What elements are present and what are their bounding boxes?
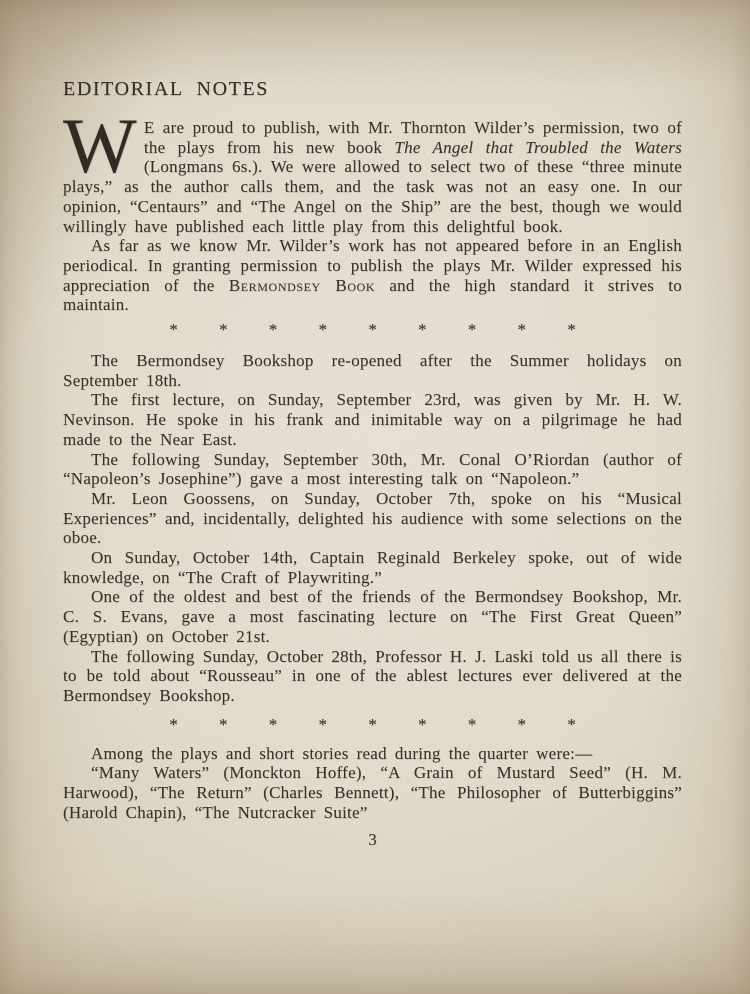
paragraph-plays-intro: Among the plays and short stories read d… bbox=[63, 744, 682, 764]
text-segment: (Longmans 6s.). We were allowed to selec… bbox=[63, 157, 682, 235]
paragraph-lecture-3: The following Sunday, September 30th, Mr… bbox=[63, 450, 682, 489]
paragraph-lecture-6: One of the oldest and best of the friend… bbox=[63, 587, 682, 646]
book-page: EDITORIAL NOTES WE are proud to publish,… bbox=[0, 0, 750, 994]
paragraph-intro-1: WE are proud to publish, with Mr. Thornt… bbox=[63, 118, 682, 236]
paragraph-lecture-2: The first lecture, on Sunday, September … bbox=[63, 390, 682, 449]
paragraph-lecture-1: The Bermondsey Bookshop re-opened after … bbox=[63, 351, 682, 390]
page-content: EDITORIAL NOTES WE are proud to publish,… bbox=[63, 0, 682, 850]
asterisk-separator-2: * * * * * * * * * bbox=[63, 715, 682, 735]
paragraph-lecture-4: Mr. Leon Goossens, on Sunday, October 7t… bbox=[63, 489, 682, 548]
paragraph-plays-list: “Many Waters” (Monckton Hoffe), “A Grain… bbox=[63, 763, 682, 822]
paragraph-intro-2: As far as we know Mr. Wilder’s work has … bbox=[63, 236, 682, 315]
asterisk-separator-1: * * * * * * * * * bbox=[63, 320, 682, 340]
drop-cap-letter: W bbox=[63, 118, 137, 174]
paragraph-lecture-5: On Sunday, October 14th, Captain Reginal… bbox=[63, 548, 682, 587]
bermondsey-book-smallcaps: Bermondsey Book bbox=[229, 276, 375, 295]
book-title-italic: The Angel that Troubled the Waters bbox=[394, 138, 682, 157]
paragraph-lecture-7: The following Sunday, October 28th, Prof… bbox=[63, 647, 682, 706]
page-title: EDITORIAL NOTES bbox=[63, 78, 682, 101]
page-number: 3 bbox=[63, 830, 682, 850]
